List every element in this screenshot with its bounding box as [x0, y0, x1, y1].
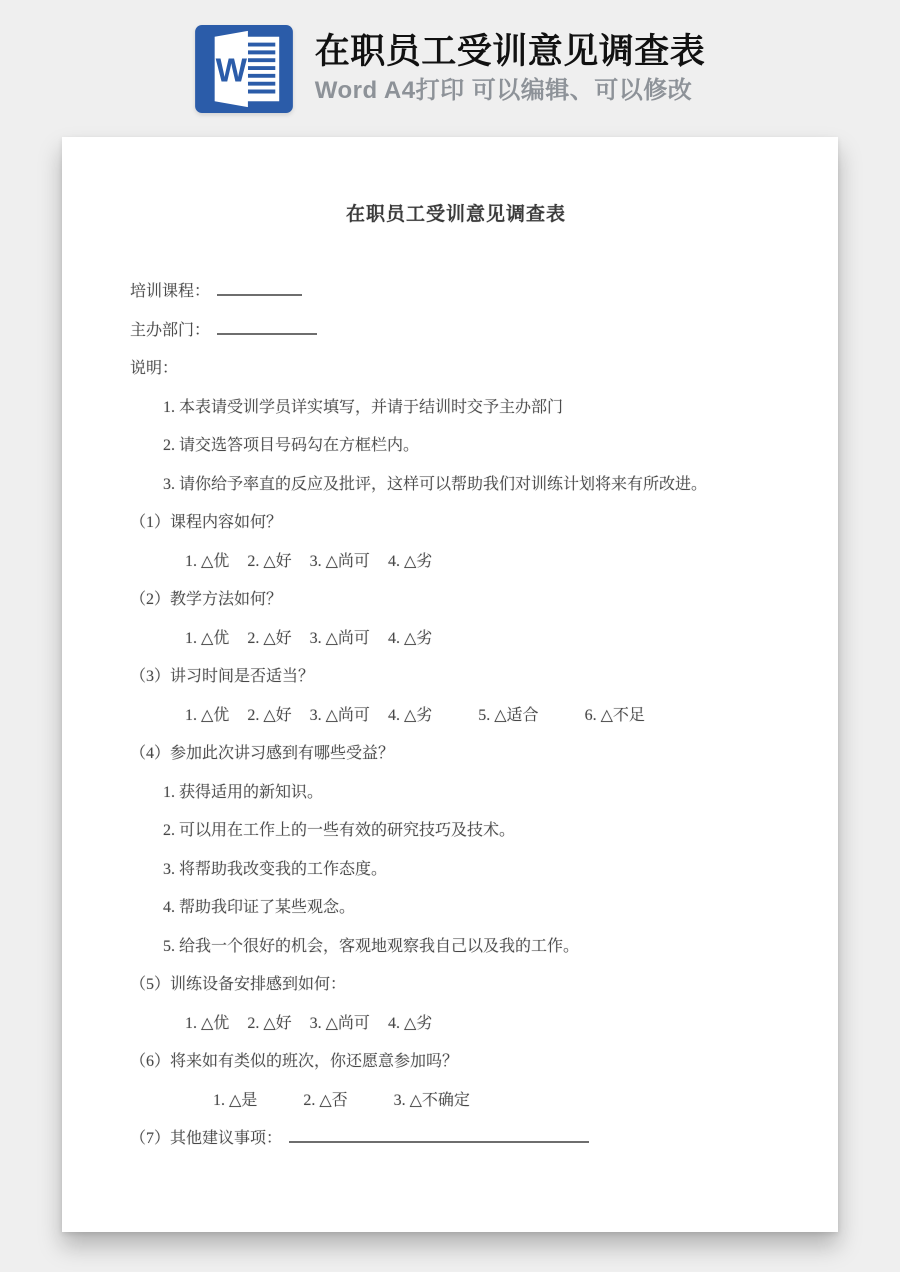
option-item: 4. △劣	[388, 1015, 432, 1032]
option-item: 4. △劣	[388, 630, 432, 647]
option-item: 2. △好	[247, 630, 291, 647]
word-icon: W	[195, 25, 293, 113]
option-item: 4. △劣	[388, 553, 432, 570]
benefit-item: 3. 将帮助我改变我的工作态度。	[163, 859, 782, 881]
canvas-bottom-margin	[0, 1232, 900, 1272]
document-page: 在职员工受训意见调查表 培训课程： 主办部门： 说明： 1. 本表请受训学员详实…	[62, 137, 838, 1232]
option-item: 3. △不确定	[394, 1092, 470, 1109]
instruction-item: 3. 请你给予率直的反应及批评，这样可以帮助我们对训练计划将来有所改进。	[163, 474, 782, 496]
answer-line-organizing-department	[217, 321, 317, 335]
header-title: 在职员工受训意见调查表	[315, 31, 706, 73]
option-item: 1. △优	[185, 553, 229, 570]
option-item: 1. △优	[185, 1015, 229, 1032]
question-5-options: 1. △优2. △好3. △尚可4. △劣	[185, 1013, 782, 1035]
header-banner: W 在职员工受训意见调查表 Word A4打印 可以编辑、可以修改	[0, 0, 900, 137]
answer-line-training-course	[217, 282, 302, 296]
option-item: 3. △尚可	[310, 630, 370, 647]
word-icon-page-lines	[248, 44, 275, 91]
question-4-label: （4）参加此次讲习感到有哪些受益？	[130, 743, 782, 765]
question-1-options: 1. △优2. △好3. △尚可4. △劣	[185, 551, 782, 573]
instructions-list: 1. 本表请受训学员详实填写，并请于结训时交予主办部门2. 请交选答项目号码勾在…	[130, 397, 782, 496]
option-item: 2. △否	[303, 1092, 347, 1109]
question-5-label: （5）训练设备安排感到如何：	[130, 974, 782, 996]
document-title: 在职员工受训意见调查表	[130, 203, 782, 227]
option-item: 4. △劣	[388, 707, 432, 724]
option-item: 2. △好	[247, 707, 291, 724]
option-item: 3. △尚可	[310, 553, 370, 570]
option-item: 3. △尚可	[310, 707, 370, 724]
option-item: 1. △优	[185, 630, 229, 647]
option-item: 1. △是	[213, 1092, 257, 1109]
field-organizing-department: 主办部门：	[130, 320, 782, 342]
instructions-heading: 说明：	[130, 358, 782, 380]
field-organizing-department-label: 主办部门：	[130, 322, 210, 339]
instruction-item: 1. 本表请受训学员详实填写，并请于结训时交予主办部门	[163, 397, 782, 419]
question-6-label: （6）将来如有类似的班次，你还愿意参加吗？	[130, 1051, 782, 1073]
word-icon-letter: W	[215, 52, 247, 89]
option-item: 2. △好	[247, 553, 291, 570]
question-3-label: （3）讲习时间是否适当？	[130, 666, 782, 688]
option-item: 6. △不足	[585, 707, 645, 724]
option-item: 3. △尚可	[310, 1015, 370, 1032]
option-item: 2. △好	[247, 1015, 291, 1032]
answer-line-other-suggestions	[289, 1129, 589, 1143]
field-training-course-label: 培训课程：	[130, 283, 210, 300]
option-item: 1. △优	[185, 707, 229, 724]
instruction-item: 2. 请交选答项目号码勾在方框栏内。	[163, 435, 782, 457]
benefit-item: 2. 可以用在工作上的一些有效的研究技巧及技术。	[163, 820, 782, 842]
question-7-label: （7）其他建议事项：	[130, 1128, 782, 1150]
header-subtitle: Word A4打印 可以编辑、可以修改	[315, 76, 706, 106]
benefit-item: 1. 获得适用的新知识。	[163, 782, 782, 804]
field-training-course: 培训课程：	[130, 281, 782, 303]
benefit-item: 5. 给我一个很好的机会，客观地观察我自己以及我的工作。	[163, 936, 782, 958]
question-2-options: 1. △优2. △好3. △尚可4. △劣	[185, 628, 782, 650]
header-text-block: 在职员工受训意见调查表 Word A4打印 可以编辑、可以修改	[315, 31, 706, 106]
option-item: 5. △适合	[478, 707, 538, 724]
question-4-items: 1. 获得适用的新知识。2. 可以用在工作上的一些有效的研究技巧及技术。3. 将…	[130, 782, 782, 958]
question-2-label: （2）教学方法如何？	[130, 589, 782, 611]
benefit-item: 4. 帮助我印证了某些观念。	[163, 897, 782, 919]
question-7-label-text: （7）其他建议事项：	[130, 1130, 282, 1147]
question-1-label: （1）课程内容如何？	[130, 512, 782, 534]
question-6-options: 1. △是2. △否3. △不确定	[213, 1090, 782, 1112]
question-3-options: 1. △优2. △好3. △尚可4. △劣5. △适合6. △不足	[185, 705, 782, 727]
